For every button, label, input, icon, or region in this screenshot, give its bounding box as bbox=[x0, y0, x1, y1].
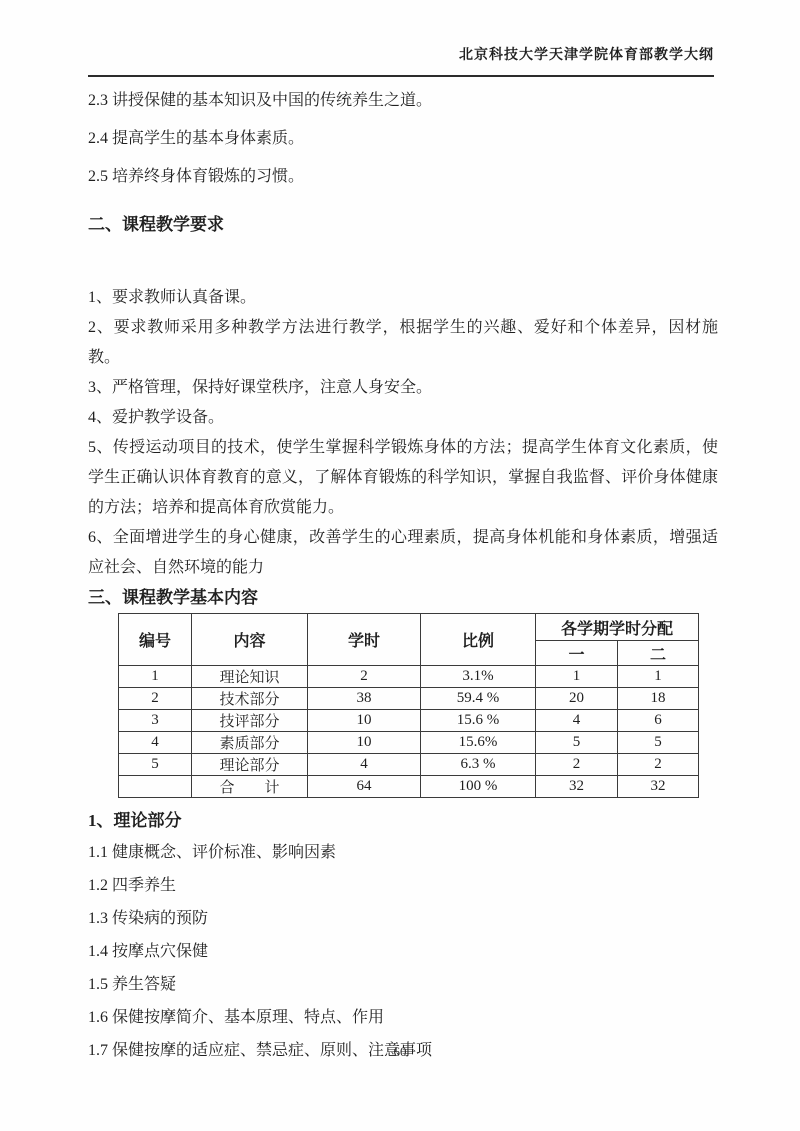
theory-item-1-6: 1.6 保健按摩简介、基本原理、特点、作用 bbox=[88, 1007, 718, 1029]
cell-sem2: 6 bbox=[618, 710, 699, 732]
cell-content: 素质部分 bbox=[192, 732, 308, 754]
page-number: 60 bbox=[0, 1044, 800, 1060]
cell-ratio: 3.1% bbox=[421, 666, 536, 688]
requirement-item-6: 6、全面增进学生的身心健康，改善学生的心理素质，提高身体机能和身体素质，增强适应… bbox=[88, 523, 718, 583]
cell-sem2: 1 bbox=[618, 666, 699, 688]
cell-sem1: 5 bbox=[536, 732, 618, 754]
theory-item-1-4: 1.4 按摩点穴保健 bbox=[88, 941, 718, 963]
cell-content: 技术部分 bbox=[192, 688, 308, 710]
column-header-semester-2: 二 bbox=[618, 641, 699, 666]
column-header-semester-group: 各学期学时分配 bbox=[536, 614, 699, 641]
table-row: 2 技术部分 38 59.4 % 20 18 bbox=[119, 688, 699, 710]
table-row-total: 合 计 64 100 % 32 32 bbox=[119, 776, 699, 798]
section-heading-requirements: 二、课程教学要求 bbox=[88, 213, 718, 237]
column-header-hours: 学时 bbox=[308, 614, 421, 666]
cell-hours: 4 bbox=[308, 754, 421, 776]
cell-sem1: 2 bbox=[536, 754, 618, 776]
cell-sem2: 2 bbox=[618, 754, 699, 776]
document-page: 北京科技大学天津学院体育部教学大纲 2.3 讲授保健的基本知识及中国的传统养生之… bbox=[0, 0, 800, 1131]
cell-sem1: 32 bbox=[536, 776, 618, 798]
cell-content: 合 计 bbox=[192, 776, 308, 798]
paragraph-2-3: 2.3 讲授保健的基本知识及中国的传统养生之道。 bbox=[88, 90, 718, 111]
cell-hours: 64 bbox=[308, 776, 421, 798]
hours-allocation-table: 编号 内容 学时 比例 各学期学时分配 一 二 1 理论知识 2 3.1% 1 bbox=[118, 613, 699, 798]
section-heading-content: 三、课程教学基本内容 bbox=[88, 587, 718, 609]
requirement-item-1: 1、要求教师认真备课。 bbox=[88, 283, 718, 313]
paragraph-2-4: 2.4 提高学生的基本身体素质。 bbox=[88, 128, 718, 149]
cell-sem1: 4 bbox=[536, 710, 618, 732]
cell-hours: 38 bbox=[308, 688, 421, 710]
theory-item-1-3: 1.3 传染病的预防 bbox=[88, 908, 718, 930]
cell-hours: 10 bbox=[308, 732, 421, 754]
running-header-title: 北京科技大学天津学院体育部教学大纲 bbox=[88, 46, 714, 77]
cell-ratio: 6.3 % bbox=[421, 754, 536, 776]
column-header-no: 编号 bbox=[119, 614, 192, 666]
document-body: 2.3 讲授保健的基本知识及中国的传统养生之道。 2.4 提高学生的基本身体素质… bbox=[88, 90, 718, 1073]
cell-ratio: 100 % bbox=[421, 776, 536, 798]
cell-sem2: 32 bbox=[618, 776, 699, 798]
table-row: 1 理论知识 2 3.1% 1 1 bbox=[119, 666, 699, 688]
cell-hours: 10 bbox=[308, 710, 421, 732]
column-header-semester-1: 一 bbox=[536, 641, 618, 666]
table-row: 3 技评部分 10 15.6 % 4 6 bbox=[119, 710, 699, 732]
cell-no: 1 bbox=[119, 666, 192, 688]
table-row: 5 理论部分 4 6.3 % 2 2 bbox=[119, 754, 699, 776]
cell-no: 2 bbox=[119, 688, 192, 710]
cell-ratio: 59.4 % bbox=[421, 688, 536, 710]
cell-no: 4 bbox=[119, 732, 192, 754]
cell-sem1: 20 bbox=[536, 688, 618, 710]
theory-section-heading: 1、理论部分 bbox=[88, 810, 718, 832]
cell-hours: 2 bbox=[308, 666, 421, 688]
column-header-content: 内容 bbox=[192, 614, 308, 666]
table-header-row-1: 编号 内容 学时 比例 各学期学时分配 bbox=[119, 614, 699, 641]
cell-no: 3 bbox=[119, 710, 192, 732]
requirement-item-5: 5、传授运动项目的技术，使学生掌握科学锻炼身体的方法；提高学生体育文化素质，使学… bbox=[88, 433, 718, 523]
cell-ratio: 15.6 % bbox=[421, 710, 536, 732]
cell-sem2: 18 bbox=[618, 688, 699, 710]
cell-sem2: 5 bbox=[618, 732, 699, 754]
theory-item-1-1: 1.1 健康概念、评价标准、影响因素 bbox=[88, 842, 718, 864]
table-row: 4 素质部分 10 15.6% 5 5 bbox=[119, 732, 699, 754]
cell-content: 理论知识 bbox=[192, 666, 308, 688]
cell-no: 5 bbox=[119, 754, 192, 776]
requirement-item-4: 4、爱护教学设备。 bbox=[88, 403, 718, 433]
requirement-item-3: 3、严格管理，保持好课堂秩序，注意人身安全。 bbox=[88, 373, 718, 403]
theory-item-1-5: 1.5 养生答疑 bbox=[88, 974, 718, 996]
cell-no bbox=[119, 776, 192, 798]
theory-item-1-2: 1.2 四季养生 bbox=[88, 875, 718, 897]
column-header-ratio: 比例 bbox=[421, 614, 536, 666]
cell-ratio: 15.6% bbox=[421, 732, 536, 754]
cell-content: 技评部分 bbox=[192, 710, 308, 732]
cell-sem1: 1 bbox=[536, 666, 618, 688]
paragraph-2-5: 2.5 培养终身体育锻炼的习惯。 bbox=[88, 166, 718, 187]
cell-content: 理论部分 bbox=[192, 754, 308, 776]
requirement-item-2: 2、要求教师采用多种教学方法进行教学，根据学生的兴趣、爱好和个体差异，因材施教。 bbox=[88, 313, 718, 373]
